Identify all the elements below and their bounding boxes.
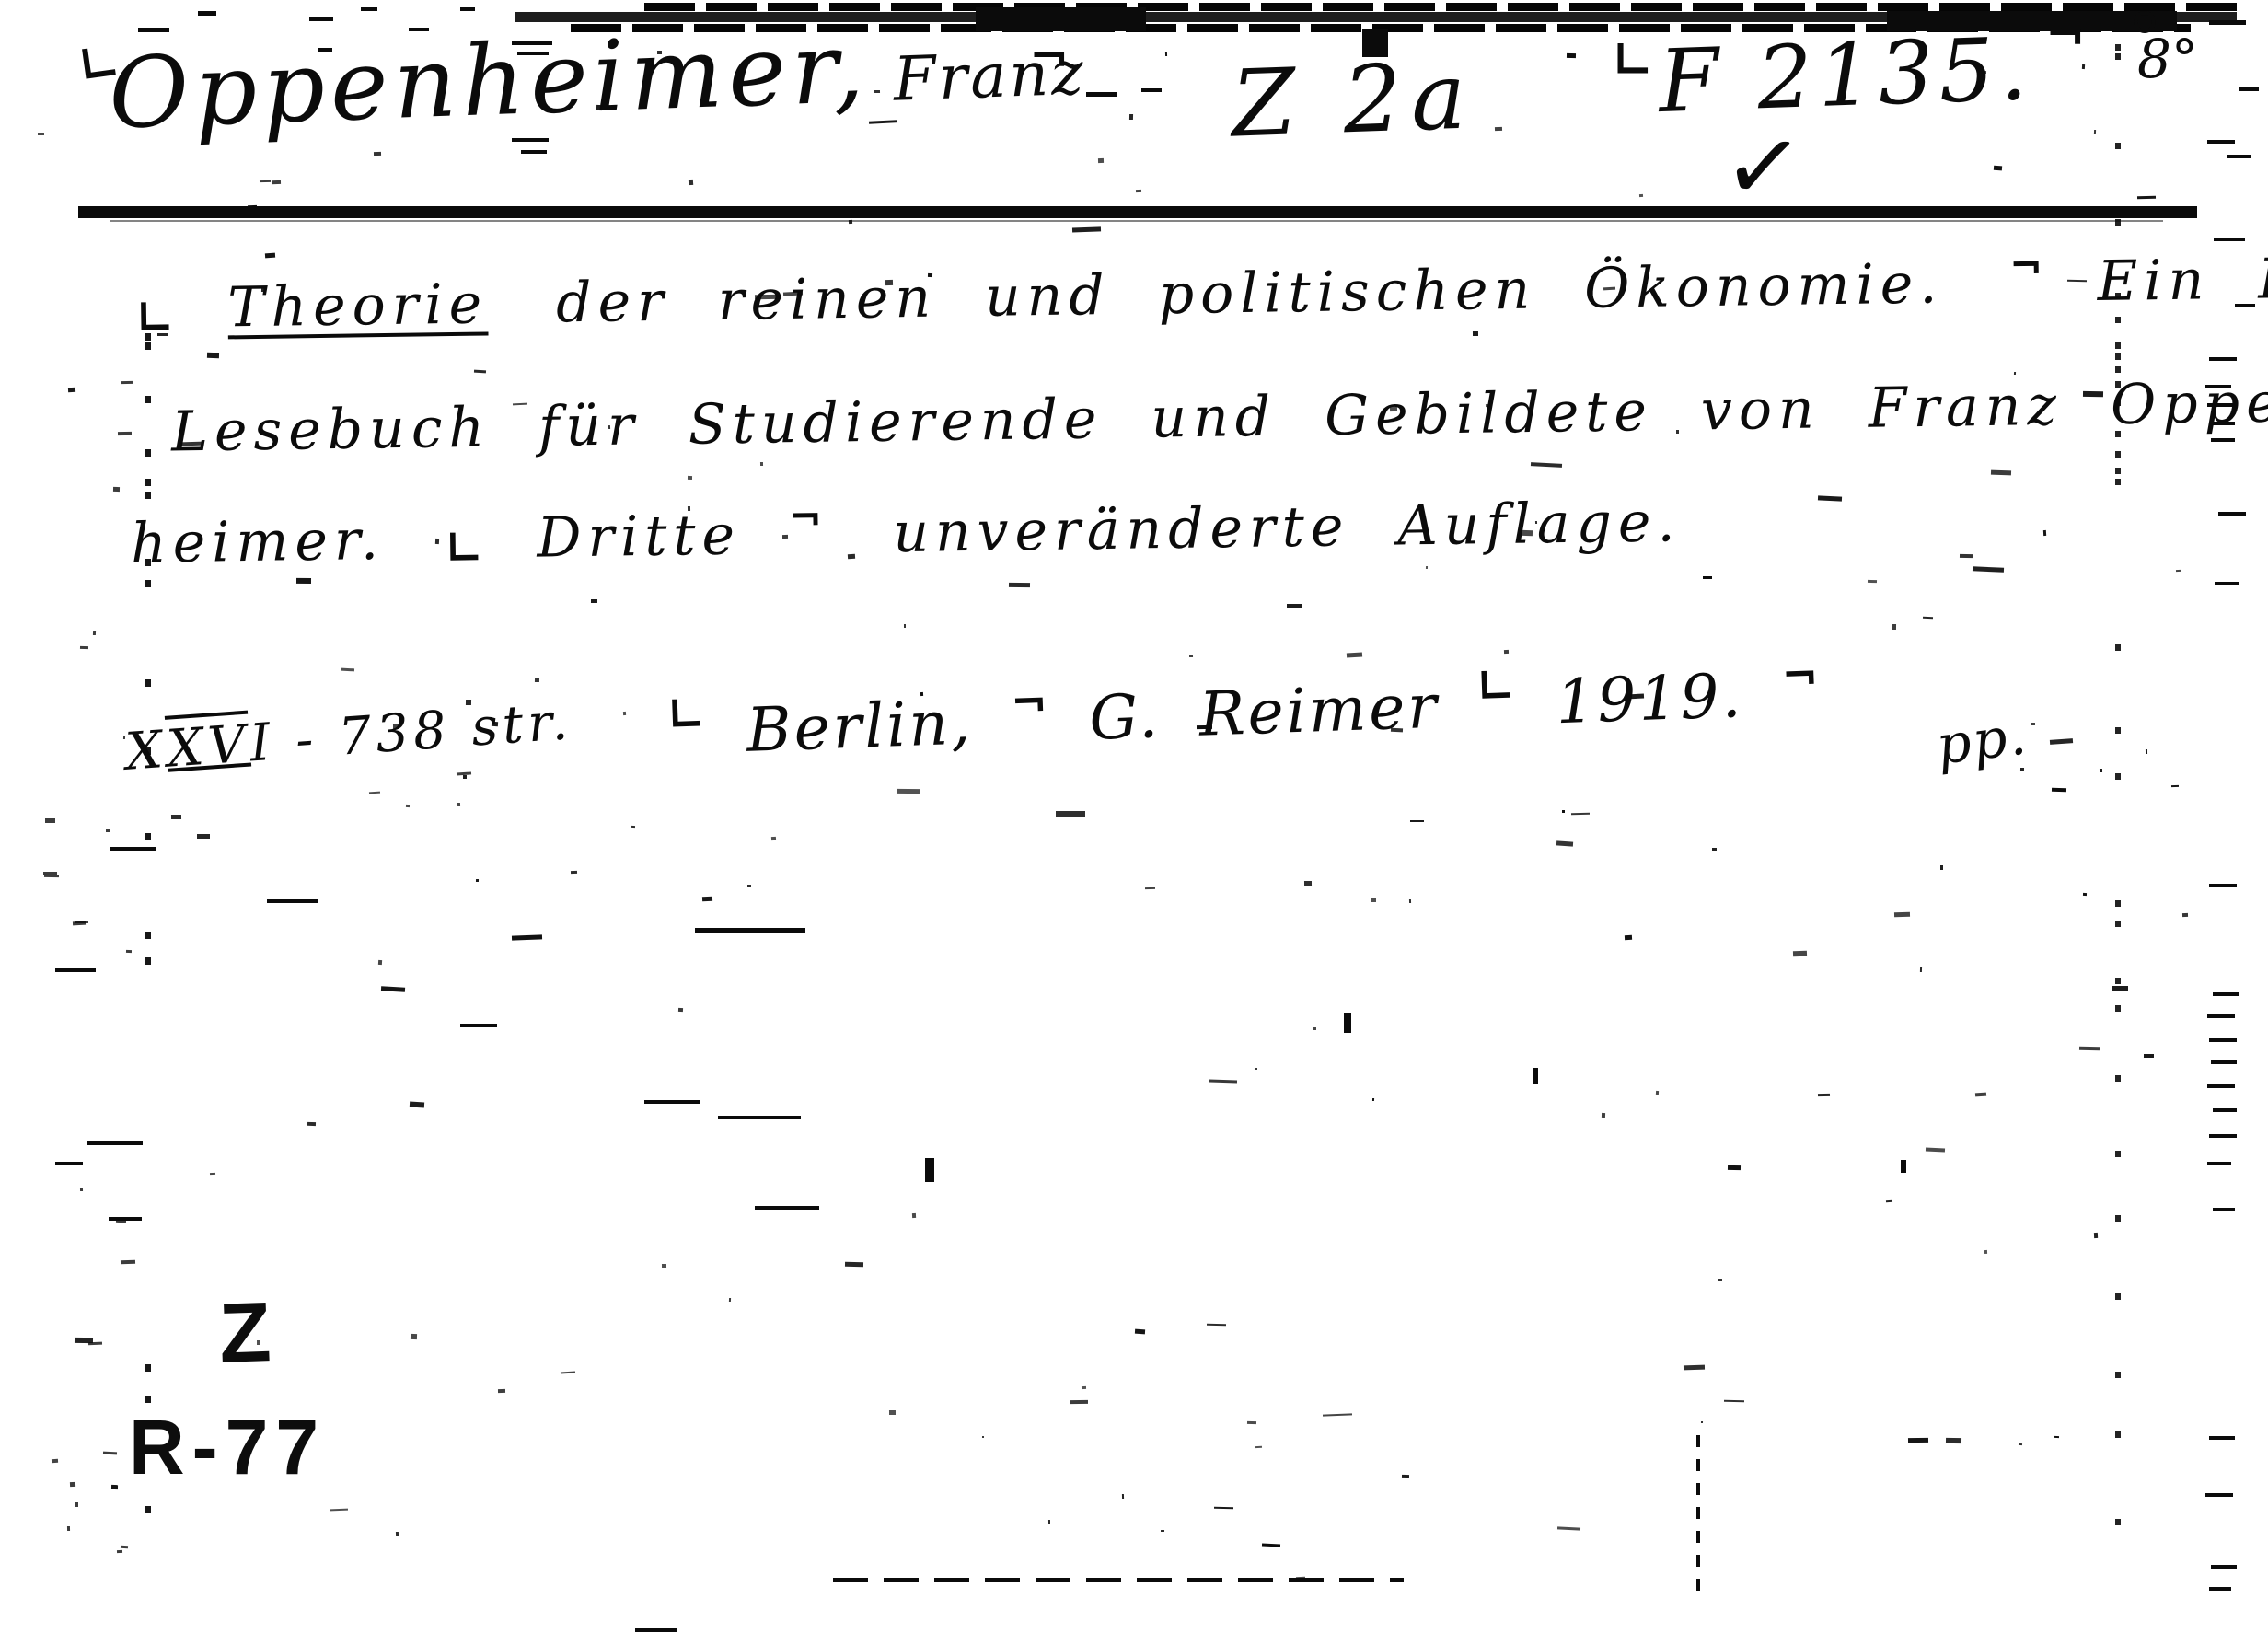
noise-speck bbox=[1727, 1165, 1740, 1169]
noise-speck bbox=[409, 28, 429, 31]
noise-speck bbox=[406, 805, 410, 808]
noise-speck bbox=[2215, 582, 2239, 585]
noise-speck bbox=[1247, 1420, 1256, 1423]
noise-speck bbox=[1473, 331, 1478, 337]
noise-speck bbox=[2182, 913, 2188, 917]
noise-speck bbox=[1246, 1579, 1252, 1582]
noise-speck bbox=[1056, 811, 1085, 817]
noise-speck bbox=[126, 950, 133, 953]
noise-speck bbox=[1098, 158, 1104, 163]
noise-speck bbox=[1946, 1438, 1961, 1443]
heading-rule-shadow bbox=[110, 220, 2163, 222]
noise-speck bbox=[121, 1260, 135, 1265]
noise-speck bbox=[1535, 521, 1538, 525]
noise-speck bbox=[116, 1550, 121, 1553]
noise-speck bbox=[2115, 381, 2121, 388]
noise-speck bbox=[145, 1364, 151, 1372]
noise-speck bbox=[845, 1261, 863, 1267]
noise-speck bbox=[2054, 1435, 2059, 1437]
noise-speck bbox=[145, 559, 151, 566]
noise-speck bbox=[1262, 1543, 1280, 1547]
noise-speck bbox=[2115, 1075, 2121, 1082]
title-edition-word: Dritte bbox=[537, 504, 742, 571]
noise-speck bbox=[1974, 209, 1985, 215]
noise-speck bbox=[1926, 1148, 1945, 1153]
noise-speck bbox=[747, 885, 751, 887]
noise-speck bbox=[210, 1173, 215, 1175]
noise-speck bbox=[207, 352, 219, 357]
noise-speck bbox=[248, 204, 257, 207]
noise-speck bbox=[121, 381, 133, 385]
noise-speck bbox=[2205, 385, 2231, 388]
noise-speck bbox=[145, 479, 151, 486]
noise-speck bbox=[476, 879, 479, 882]
corner-mark-close-icon: ¬ bbox=[1781, 650, 1822, 701]
noise-speck bbox=[393, 724, 399, 729]
noise-speck bbox=[374, 152, 381, 156]
noise-speck bbox=[2115, 773, 2121, 780]
noise-speck bbox=[1070, 1400, 1088, 1404]
noise-speck bbox=[874, 89, 880, 92]
noise-speck bbox=[1602, 1113, 1605, 1118]
title-keyword: Theorie bbox=[227, 272, 489, 340]
noise-speck bbox=[1313, 1027, 1316, 1030]
noise-speck bbox=[55, 968, 96, 972]
noise-speck bbox=[341, 667, 354, 670]
noise-speck bbox=[2209, 884, 2237, 887]
noise-speck bbox=[2115, 1215, 2121, 1222]
noise-speck bbox=[2115, 1005, 2121, 1012]
noise-speck bbox=[1082, 1386, 1086, 1389]
noise-speck bbox=[1531, 462, 1562, 468]
noise-speck bbox=[67, 1526, 70, 1531]
noise-speck bbox=[2213, 1108, 2237, 1112]
noise-speck bbox=[70, 1482, 75, 1487]
imprint-place: Berlin, bbox=[746, 687, 974, 766]
author-surname: Oppenheimer, bbox=[107, 11, 871, 151]
noise-speck bbox=[2115, 1431, 2121, 1438]
noise-speck bbox=[2235, 304, 2255, 307]
noise-speck bbox=[1991, 469, 2011, 475]
call-number: R-77 bbox=[129, 1403, 326, 1492]
noise-speck bbox=[513, 402, 528, 405]
noise-speck bbox=[1973, 566, 2004, 573]
noise-speck bbox=[1901, 1160, 1906, 1173]
noise-speck bbox=[644, 1100, 700, 1104]
noise-speck bbox=[1371, 898, 1376, 902]
noise-speck bbox=[88, 1341, 102, 1345]
noise-speck bbox=[1372, 1098, 1374, 1102]
noise-speck bbox=[44, 875, 59, 877]
noise-speck bbox=[197, 834, 210, 839]
noise-speck bbox=[80, 646, 88, 649]
corner-mark-close-icon: ¬ bbox=[2009, 243, 2050, 290]
catalog-card: ∟ Oppenheimer, Franz ¬ Z 2a ∟ F 2135. ¬ … bbox=[0, 0, 2268, 1634]
noise-speck bbox=[535, 678, 539, 682]
pagination-note: pp. bbox=[1933, 703, 2031, 777]
noise-speck bbox=[1165, 52, 1167, 56]
noise-speck bbox=[2115, 451, 2121, 458]
heading-rule bbox=[78, 206, 2197, 218]
noise-speck bbox=[145, 449, 151, 457]
corner-mark-close-icon: ¬ bbox=[1029, 33, 1070, 81]
noise-speck bbox=[702, 897, 713, 901]
noise-speck bbox=[309, 17, 333, 21]
noise-speck bbox=[885, 280, 892, 285]
noise-speck bbox=[157, 333, 168, 336]
call-number-class: Z bbox=[217, 1284, 272, 1383]
noise-speck bbox=[463, 775, 467, 779]
noise-speck bbox=[1255, 1068, 1257, 1070]
noise-speck bbox=[171, 815, 181, 819]
noise-speck bbox=[849, 220, 852, 224]
noise-speck bbox=[378, 960, 382, 965]
noise-speck bbox=[1894, 911, 1910, 917]
noise-speck bbox=[2144, 1054, 2154, 1058]
noise-speck bbox=[1940, 865, 1943, 870]
noise-speck bbox=[75, 921, 88, 923]
noise-speck bbox=[2115, 727, 2121, 734]
noise-speck bbox=[1141, 88, 1162, 92]
noise-speck bbox=[460, 1024, 497, 1027]
noise-speck bbox=[1562, 810, 1565, 813]
noise-speck bbox=[369, 791, 380, 794]
noise-speck bbox=[1960, 554, 1973, 558]
noise-speck bbox=[771, 837, 776, 841]
noise-speck bbox=[1426, 566, 1428, 569]
noise-speck bbox=[1983, 71, 1986, 74]
noise-speck bbox=[121, 1546, 128, 1549]
noise-speck bbox=[677, 1008, 682, 1012]
noise-speck bbox=[460, 7, 475, 11]
classification-mark: Z 2a bbox=[1230, 41, 1476, 157]
noise-speck bbox=[2211, 1565, 2237, 1569]
noise-speck bbox=[571, 871, 577, 874]
noise-speck bbox=[115, 1220, 125, 1223]
noise-speck bbox=[2019, 1443, 2022, 1445]
noise-speck bbox=[512, 41, 552, 45]
noise-speck bbox=[2115, 468, 2121, 474]
title-line-1: ∟ Theorie der reinen und politischen Öko… bbox=[136, 242, 2268, 342]
noise-speck bbox=[1639, 194, 1643, 197]
noise-speck bbox=[688, 476, 692, 480]
noise-speck bbox=[1567, 53, 1576, 58]
noise-speck bbox=[2115, 1151, 2121, 1157]
noise-speck bbox=[631, 826, 635, 829]
noise-speck bbox=[1136, 189, 1141, 191]
imprint-year: 1919. bbox=[1555, 660, 1745, 737]
noise-speck bbox=[2218, 512, 2246, 516]
noise-speck bbox=[2209, 1436, 2235, 1440]
noise-speck bbox=[1656, 1091, 1659, 1095]
noise-speck bbox=[2050, 738, 2073, 745]
noise-speck bbox=[561, 1371, 575, 1373]
noise-speck bbox=[1908, 1438, 1928, 1443]
noise-speck bbox=[1296, 1577, 1305, 1580]
noise-speck bbox=[889, 1410, 896, 1415]
noise-speck bbox=[688, 506, 690, 511]
noise-speck bbox=[2115, 978, 2121, 984]
noise-speck bbox=[68, 388, 76, 392]
noise-speck bbox=[897, 789, 920, 794]
noise-speck bbox=[2031, 723, 2035, 725]
noise-speck bbox=[1984, 1250, 1987, 1254]
noise-speck bbox=[1161, 1530, 1164, 1532]
noise-speck bbox=[591, 599, 597, 603]
imprint-statement: ∟ Berlin, ¬ G. Reimer ∟ 1919. ¬ bbox=[667, 657, 1822, 769]
noise-speck bbox=[2094, 1232, 2098, 1237]
noise-speck bbox=[1703, 575, 1712, 578]
noise-speck bbox=[2115, 431, 2121, 437]
noise-speck bbox=[1923, 617, 1933, 620]
noise-speck bbox=[110, 847, 156, 851]
noise-speck bbox=[2227, 155, 2251, 158]
noise-speck bbox=[729, 1298, 731, 1302]
noise-speck bbox=[2115, 921, 2121, 927]
noise-speck bbox=[106, 829, 110, 832]
noise-speck bbox=[307, 1122, 317, 1126]
noise-speck bbox=[2115, 53, 2121, 60]
noise-speck bbox=[2209, 357, 2237, 361]
corner-mark-open-icon: ∟ bbox=[1476, 661, 1518, 713]
scan-broken-line bbox=[833, 1578, 1404, 1582]
noise-speck bbox=[517, 52, 549, 55]
noise-speck bbox=[1520, 529, 1533, 535]
noise-speck bbox=[457, 803, 459, 806]
noise-speck bbox=[760, 462, 763, 466]
noise-speck bbox=[2176, 570, 2181, 573]
noise-speck bbox=[2115, 900, 2121, 907]
noise-speck bbox=[1402, 1475, 1409, 1478]
noise-speck bbox=[512, 935, 542, 941]
scan-dashed-vertical bbox=[1696, 1427, 1700, 1591]
noise-speck bbox=[2209, 1587, 2231, 1591]
noise-speck bbox=[904, 624, 906, 628]
noise-speck bbox=[55, 1162, 83, 1165]
noise-speck bbox=[145, 342, 151, 350]
noise-speck bbox=[1304, 881, 1312, 886]
title-line-2: Lesebuch für Studierende und Gebildete v… bbox=[171, 369, 2268, 464]
noise-speck bbox=[2207, 403, 2235, 407]
noise-speck bbox=[198, 11, 216, 16]
noise-speck bbox=[2115, 1293, 2121, 1300]
noise-speck bbox=[1122, 1494, 1124, 1499]
noise-speck bbox=[2115, 1372, 2121, 1378]
noise-speck bbox=[2115, 293, 2121, 299]
noise-speck bbox=[2207, 140, 2235, 144]
noise-speck bbox=[1009, 583, 1030, 587]
noise-speck bbox=[111, 1485, 119, 1490]
noise-speck bbox=[2239, 87, 2259, 91]
noise-speck bbox=[2209, 1038, 2237, 1042]
corner-mark-open-icon: ∟ bbox=[136, 292, 180, 344]
noise-speck bbox=[1409, 899, 1411, 903]
noise-speck bbox=[145, 833, 151, 840]
noise-speck bbox=[2209, 20, 2246, 25]
noise-speck bbox=[755, 1206, 819, 1210]
noise-speck bbox=[257, 1340, 260, 1345]
noise-speck bbox=[2209, 1134, 2237, 1138]
noise-speck bbox=[145, 1396, 151, 1403]
format-mark: 8° bbox=[2137, 28, 2198, 90]
noise-speck bbox=[1994, 166, 2002, 171]
noise-speck bbox=[2115, 1519, 2121, 1525]
noise-speck bbox=[2043, 530, 2047, 536]
noise-speck bbox=[2115, 366, 2121, 373]
noise-speck bbox=[1486, 404, 1490, 408]
noise-speck bbox=[1868, 580, 1877, 584]
noise-speck bbox=[2146, 749, 2148, 754]
noise-speck bbox=[1086, 92, 1117, 97]
noise-speck bbox=[1718, 1279, 1722, 1281]
noise-speck bbox=[911, 1213, 915, 1218]
noise-speck bbox=[2082, 64, 2086, 69]
noise-speck bbox=[847, 554, 855, 560]
noise-speck bbox=[2094, 130, 2096, 134]
noise-speck bbox=[1209, 1079, 1237, 1083]
corner-mark-open-icon: ∟ bbox=[445, 522, 490, 574]
author-heading: Oppenheimer, Franz bbox=[107, 4, 1087, 151]
noise-speck bbox=[38, 133, 44, 135]
noise-speck bbox=[2213, 992, 2239, 996]
noise-speck bbox=[1072, 226, 1101, 232]
noise-speck bbox=[145, 747, 151, 755]
noise-speck bbox=[2115, 317, 2121, 323]
noise-speck bbox=[1495, 127, 1502, 132]
noise-speck bbox=[87, 1141, 143, 1145]
noise-speck bbox=[498, 1389, 505, 1393]
noise-speck bbox=[1390, 407, 1397, 411]
noise-speck bbox=[718, 1116, 801, 1119]
noise-speck bbox=[75, 1502, 78, 1507]
title-line-3-end: unveränderte Auflage. bbox=[893, 490, 1682, 565]
noise-speck bbox=[410, 1101, 424, 1107]
noise-speck bbox=[1214, 1507, 1233, 1510]
noise-speck bbox=[1344, 1013, 1351, 1033]
noise-speck bbox=[272, 180, 281, 184]
noise-speck bbox=[657, 51, 662, 54]
noise-speck bbox=[2205, 1493, 2233, 1497]
noise-speck bbox=[1701, 1421, 1703, 1423]
noise-speck bbox=[2020, 768, 2024, 771]
noise-speck bbox=[103, 1451, 117, 1454]
noise-speck bbox=[2137, 195, 2156, 198]
noise-speck bbox=[1920, 967, 1922, 972]
noise-speck bbox=[1724, 1400, 1744, 1403]
noise-speck bbox=[138, 28, 169, 32]
title-line-3: heimer. ∟ Dritte ¬ unveränderte Auflage. bbox=[131, 490, 1682, 576]
noise-speck bbox=[1556, 840, 1573, 846]
noise-speck bbox=[2115, 219, 2121, 226]
noise-speck bbox=[123, 736, 126, 739]
corner-mark-close-icon: ¬ bbox=[1010, 677, 1051, 728]
noise-speck bbox=[982, 1436, 984, 1438]
collation-statement: XXVI - 738 str. bbox=[123, 691, 574, 782]
noise-speck bbox=[2115, 44, 2121, 51]
noise-speck bbox=[466, 700, 471, 705]
noise-speck bbox=[1197, 725, 1212, 729]
noise-speck bbox=[2211, 438, 2235, 442]
noise-speck bbox=[1793, 950, 1807, 956]
collation-suffix: I - 738 str. bbox=[248, 691, 574, 773]
noise-speck bbox=[261, 287, 266, 292]
noise-speck bbox=[267, 899, 318, 903]
noise-speck bbox=[330, 1509, 348, 1512]
noise-speck bbox=[928, 273, 932, 278]
noise-speck bbox=[1135, 1329, 1145, 1335]
noise-speck bbox=[2213, 1208, 2235, 1211]
noise-speck bbox=[1626, 693, 1644, 699]
title-line-1-mid: der reinen und politischen Ökonomie. bbox=[556, 251, 1944, 335]
noise-speck bbox=[43, 872, 57, 875]
noise-speck bbox=[410, 1334, 416, 1339]
corner-mark-close-icon: ¬ bbox=[788, 494, 828, 541]
noise-speck bbox=[662, 1264, 666, 1268]
noise-speck bbox=[1817, 496, 1841, 503]
noise-speck bbox=[474, 369, 486, 372]
noise-speck bbox=[2214, 238, 2245, 241]
noise-speck bbox=[1625, 935, 1632, 940]
noise-speck bbox=[45, 818, 55, 823]
noise-speck bbox=[521, 150, 547, 154]
noise-speck bbox=[596, 105, 603, 110]
noise-speck bbox=[2115, 342, 2121, 349]
noise-speck bbox=[1347, 653, 1363, 658]
noise-speck bbox=[1603, 286, 1615, 289]
collation-marked: XV bbox=[165, 714, 252, 780]
noise-speck bbox=[2083, 892, 2087, 895]
noise-speck bbox=[1533, 1068, 1538, 1084]
noise-speck bbox=[52, 1459, 58, 1463]
noise-speck bbox=[93, 631, 96, 635]
noise-speck bbox=[1892, 623, 1896, 629]
noise-speck bbox=[492, 722, 498, 726]
noise-speck bbox=[782, 535, 788, 539]
noise-speck bbox=[381, 986, 405, 992]
noise-speck bbox=[623, 712, 626, 715]
noise-speck bbox=[1188, 655, 1192, 657]
noise-speck bbox=[80, 1188, 83, 1192]
noise-speck bbox=[2082, 391, 2102, 397]
noise-speck bbox=[1886, 1200, 1892, 1203]
noise-speck bbox=[920, 692, 923, 696]
noise-speck bbox=[1684, 1364, 1705, 1370]
noise-speck bbox=[688, 180, 694, 185]
noise-speck bbox=[2052, 787, 2066, 791]
noise-speck bbox=[145, 932, 151, 939]
noise-speck bbox=[2100, 769, 2102, 772]
noise-speck bbox=[318, 48, 332, 52]
noise-speck bbox=[2115, 353, 2121, 360]
imprint-publisher: G. Reimer bbox=[1088, 671, 1441, 754]
noise-speck bbox=[608, 425, 611, 429]
noise-speck bbox=[2115, 479, 2121, 485]
noise-speck bbox=[2079, 1047, 2100, 1051]
noise-speck bbox=[635, 1628, 677, 1632]
noise-speck bbox=[361, 7, 377, 11]
noise-speck bbox=[2171, 785, 2180, 788]
noise-speck bbox=[145, 1506, 151, 1513]
noise-speck bbox=[1410, 820, 1424, 822]
noise-speck bbox=[265, 253, 275, 259]
noise-speck bbox=[2207, 1162, 2231, 1165]
noise-speck bbox=[1145, 887, 1155, 889]
noise-speck bbox=[1571, 813, 1590, 816]
noise-speck bbox=[145, 957, 151, 965]
corner-mark-close-icon: ¬ bbox=[2045, 11, 2086, 59]
noise-speck bbox=[1557, 1526, 1580, 1530]
noise-speck bbox=[145, 580, 151, 587]
